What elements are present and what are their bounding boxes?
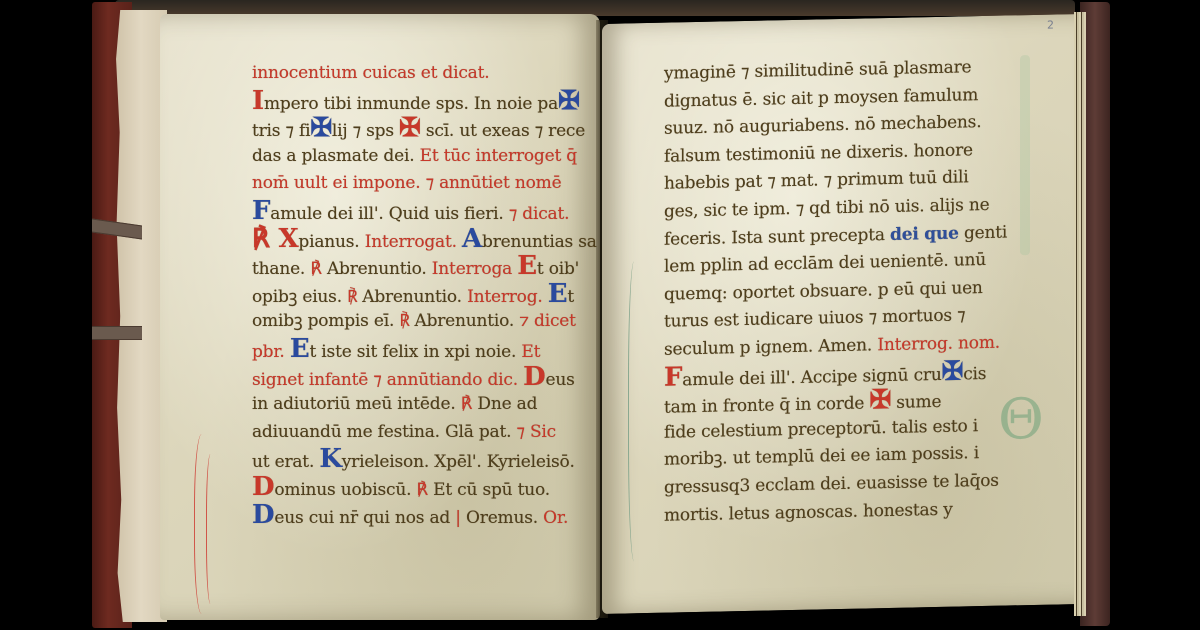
initial-letter: F [252,196,270,226]
rubric-text: signet infantē ⁊ annūtiando dic. [252,370,523,390]
text-line: innocentium cuicas et dicat. [252,60,592,88]
text-run: ges, sic te ipm. ⁊ qd tibi nō uis. alijs… [664,195,989,222]
rubric-text: ℟ [461,394,478,414]
text-run: Et cū spū tuo. [433,480,550,500]
rubric-text: Interrog. [467,287,548,307]
left-page-text: innocentium cuicas et dicat.Impero tibi … [252,60,592,529]
text-run: eus cui nr̄ qui nos ad [274,508,455,528]
text-run: opibꝫ eius. [252,287,347,307]
text-run: suuz. nō auguriabens. nō mechabens. [664,112,981,139]
rubric-text: | [455,508,466,528]
rubric-text: Interrogat. [365,232,462,252]
rubric-text: pbr. [252,342,290,362]
initial-letter: F [664,362,682,392]
text-line: nom̄ uult ei impone. ⁊ annūtiet nomē [252,170,592,198]
text-run: tris ⁊ fi [252,121,310,141]
initial-letter: D [252,472,274,502]
text-run: Oremus. [466,508,543,528]
text-run: feceris. Ista sunt precepta [664,225,890,250]
text-run: ut erat. [252,452,319,472]
text-run: Dne ad [477,394,537,414]
text-line: in adiutoriū meū intēde. ℟ Dne ad [252,391,592,419]
rubric-text: innocentium cuicas et dicat. [252,63,489,83]
text-run: pianus. [298,232,364,252]
text-line: ℟ Xpianus. Interrogat. Abrenuntias sa [252,226,592,254]
rubric-text: Et tūc interroget q̄ [420,146,577,166]
initial-letter: ✠ [942,356,964,386]
text-run: moribꝫ. ut templū dei ee iam possis. i [664,443,979,470]
green-penwork-flourish [628,261,643,561]
rubric-text: nom̄ uult ei impone. ⁊ annūtiet nomē [252,173,561,193]
rubric-text: ⁊ dicet [519,311,575,331]
rubric-text: Interrog. nom. [877,333,1000,356]
initial-letter: A [462,224,482,254]
rubric-text: ℟ [416,480,433,500]
text-line: ut erat. Kyrieleison. Xpēl'. Kyrieleisō. [252,446,592,474]
text-run: habebis pat ⁊ mat. ⁊ primum tuū dili [664,168,969,194]
initial-letter: ✠ [558,86,580,116]
text-line: tris ⁊ fi✠lij ⁊ sps ✠ scī. ut exeas ⁊ re… [252,115,592,143]
text-run: gressusq3 ecclam dei. euasisse te laq̄os [664,471,999,498]
initial-letter: ✠ [310,113,332,143]
folio-number: 2 [1047,19,1054,32]
text-run: quemq: oportet obsuare. p eū qui uen [664,278,983,305]
rubric-text: Or. [543,508,568,528]
text-run: ominus uobiscū. [274,480,416,500]
text-run: adiuuandū me festina. Glā pat. [252,422,517,442]
text-run: eus [545,370,574,390]
left-page: innocentium cuicas et dicat.Impero tibi … [160,14,600,620]
rubric-text: ⁊ Sic [517,422,556,442]
initial-letter: I [252,86,264,116]
text-run: amule dei ill'. Quid uis fieri. [270,204,509,224]
initial-letter: ✠ [869,385,891,415]
text-run: lij ⁊ sps [332,121,399,141]
text-run: ymaginē ⁊ similitudinē suā plasmare [664,57,971,83]
text-line: signet infantē ⁊ annūtiando dic. Deus [252,364,592,392]
text-run: dignatus ē. sic ait p moysen famulum [664,85,978,112]
text-run: sume [891,392,941,413]
binding-strap [92,326,142,340]
text-run: cis [963,363,986,383]
text-run: seculum p ignem. Amen. [664,335,877,359]
initial-letter: K [319,444,341,474]
fore-edge-leaves [1074,12,1086,616]
text-run: Abrenuntio. [362,287,467,307]
text-run: t oib' [537,259,579,279]
right-page-text: ymaginē ⁊ similitudinē suā plasmaredigna… [664,53,1024,530]
text-run: in adiutoriū meū intēde. [252,394,461,414]
text-line: omibꝫ pompis eī. ℟ Abrenuntio. ⁊ dicet [252,308,592,336]
text-run: omibꝫ pompis eī. [252,311,399,331]
text-line: das a plasmate dei. Et tūc interroget q̄ [252,143,592,171]
initial-letter: E [290,334,310,364]
text-line: Dominus uobiscū. ℟ Et cū spū tuo. [252,474,592,502]
initial-letter: D [252,500,274,530]
text-run: mortis. letus agnoscas. honestas y [664,499,953,525]
text-run: genti [959,222,1007,243]
rubric-text: Et [521,342,540,362]
rubric-text: ⁊ dicat. [509,204,569,224]
rubric-text: ℟ [347,287,362,307]
text-line: pbr. Et iste sit felix in xpi noie. Et [252,336,592,364]
text-run: Abrenuntio. [327,259,432,279]
rubric-text: ℟ [399,311,414,331]
initial-letter: D [523,362,545,392]
red-penwork-flourish [206,454,217,604]
text-run: mpero tibi inmunde sps. In noie pa [264,94,558,114]
text-run: Abrenuntio. [415,311,520,331]
text-line: thane. ℟ Abrenuntio. Interroga Et oib' [252,253,592,281]
text-run: turus est iudicare uiuos ⁊ mortuos ⁊ [664,306,965,332]
initial-letter: ℟ X [252,224,298,254]
text-run: thane. [252,259,310,279]
text-run: das a plasmate dei. [252,146,420,166]
manuscript-photo: innocentium cuicas et dicat.Impero tibi … [0,0,1200,630]
text-run: fide celestium preceptorū. talis esto i [664,416,978,443]
initial-letter: E [517,251,537,281]
text-line: Deus cui nr̄ qui nos ad | Oremus. Or. [252,502,592,530]
text-run: dei que [890,223,959,244]
text-run: brenuntias sa [482,232,597,252]
text-run: falsum testimoniū ne dixeris. honore [664,140,973,166]
text-run: lem pplin ad ecclām dei uenientē. unū [664,250,986,277]
text-run: yrieleison. Xpēl'. Kyrieleisō. [342,452,575,472]
initial-letter: E [548,279,568,309]
text-line: Impero tibi inmunde sps. In noie pa✠ [252,88,592,116]
text-run: t iste sit felix in xpi noie. [309,342,521,362]
rubric-text: ℟ [310,259,327,279]
text-line: Famule dei ill'. Quid uis fieri. ⁊ dicat… [252,198,592,226]
text-run: scī. ut exeas ⁊ rece [421,121,585,141]
rubric-text: Interroga [432,259,517,279]
text-run: t [567,287,574,307]
initial-letter: ✠ [399,113,421,143]
right-page: 2 Θ ymaginē ⁊ similitudinē suā plasmared… [602,14,1080,614]
text-run: tam in fronte q̄ in corde [664,394,869,418]
text-line: adiuuandū me festina. Glā pat. ⁊ Sic [252,419,592,447]
text-line: opibꝫ eius. ℟ Abrenuntio. Interrog. Et [252,281,592,309]
